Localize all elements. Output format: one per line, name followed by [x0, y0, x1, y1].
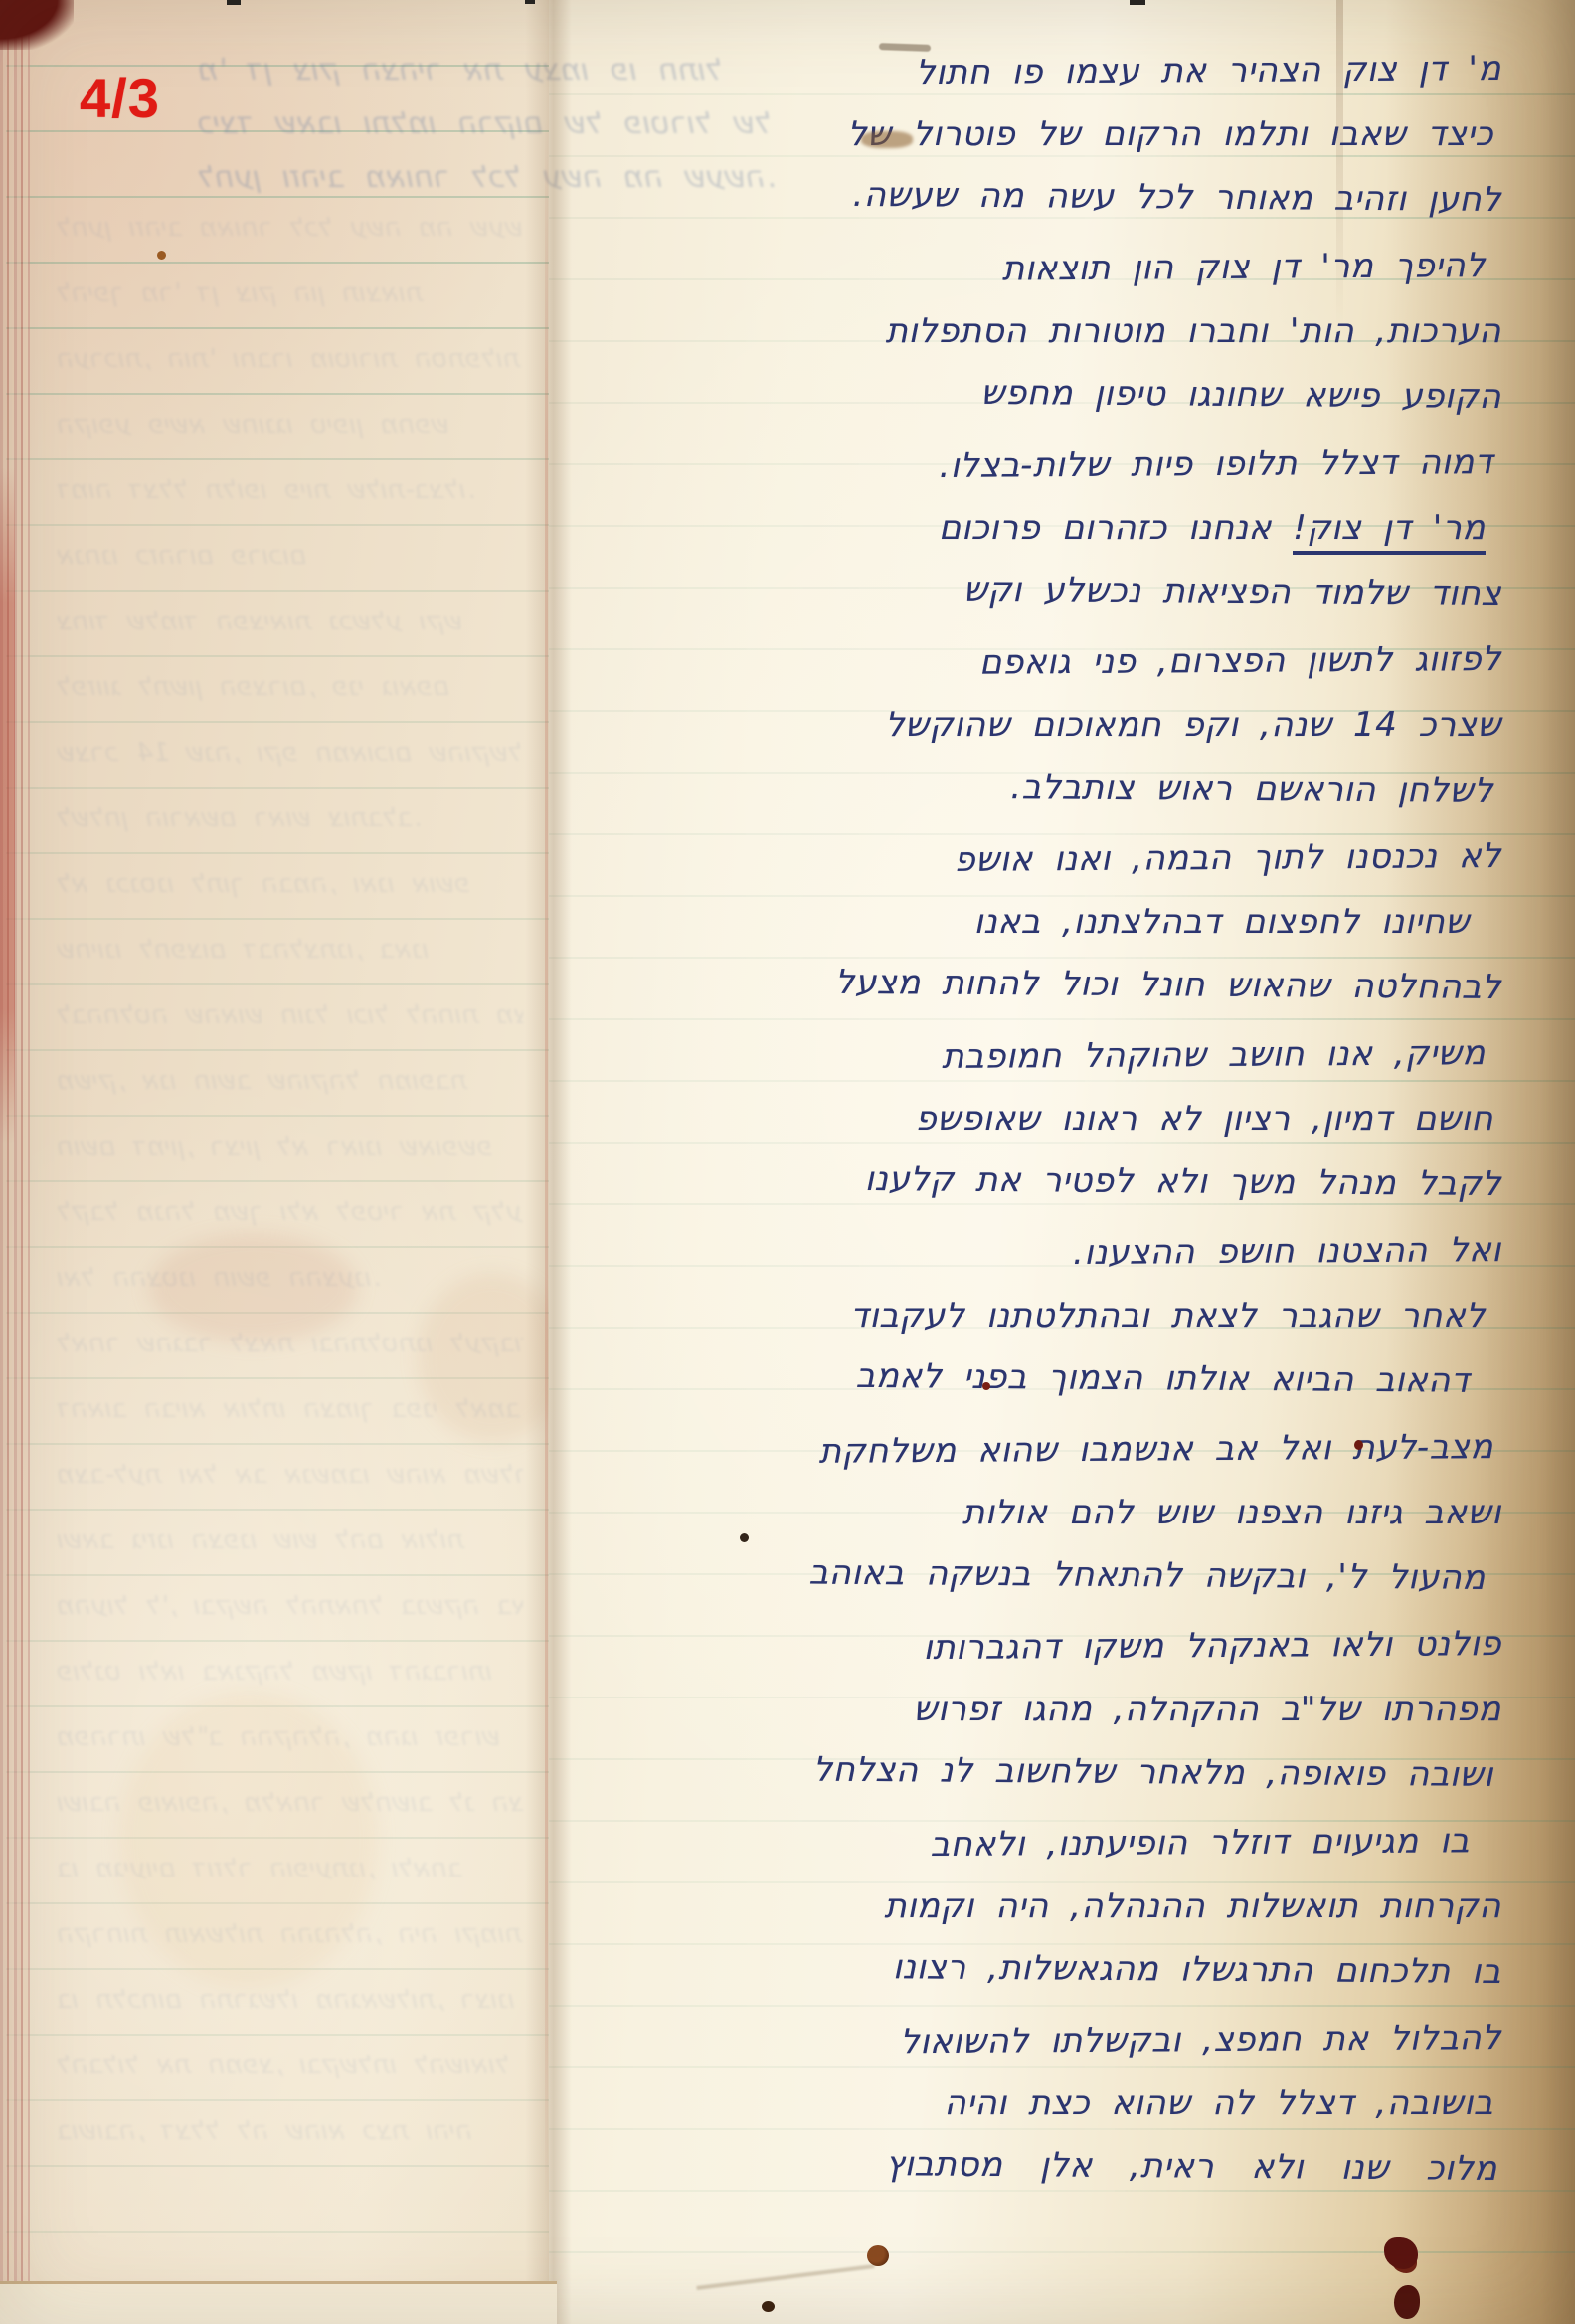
handwriting-line: ואל ההצטנו חושפ ההצענו. — [557, 1217, 1501, 1290]
handwriting-text: פולנט ולאו באנקהל משקו דהגברותו — [923, 1624, 1501, 1668]
handwriting-text: ושאב גיזנו הצפנו שוש להם אולות — [962, 1493, 1501, 1532]
rust-speck — [157, 251, 166, 260]
bleedthrough-line: לפזווג לתשון הפצרום, פני גואפם — [58, 654, 523, 720]
handwriting-text: לשלחן הוראשם ראוש צותבלב. — [1010, 767, 1493, 810]
handwriting-line: הקרחות תואשלות ההנהלה, היה וקמות — [557, 1874, 1501, 1939]
handwriting-line: בו תלכחום התרגשלו מהגאשלות, רצונו — [557, 1932, 1501, 2005]
handwriting-text: אנחנו כזהרום פרוכום — [939, 508, 1272, 548]
red-speck — [982, 1382, 990, 1390]
handwriting-line: מצב-לעת ואל אב אנשמבו שהוא משלחקת — [557, 1414, 1501, 1487]
handwriting-block: מ' דן צוק הצהיר את עצמו פו חתולכיצד שאבו… — [557, 36, 1501, 2202]
handwriting-line: לפזווג לתשון הפצרום, פני גואפם — [557, 626, 1501, 699]
bleedthrough-line: פולנט ולאו באנקהל משקו דהגברותו — [58, 1639, 523, 1704]
handwriting-line: כיצד שאבו ותלמו הרקום של פוטרול של — [557, 101, 1501, 167]
binding-edge-streaks — [0, 0, 30, 2324]
bleedthrough-line: בו תלכחום התרגשלו מהגאשלות, רצונו — [58, 1967, 523, 2033]
handwriting-text: ואל ההצטנו חושפ ההצענו. — [1073, 1230, 1501, 1273]
bleedthrough-line: ואל ההצטנו חושפ ההצענו. — [58, 1245, 523, 1311]
handwriting-text: שצרכ 14 שנה, וקפ חמאוכום שהוקשל — [885, 705, 1501, 745]
handwriting-line: הערכות, הות' וחברו מוטורות הסתפלות — [557, 298, 1501, 364]
underlying-page-edge — [0, 2281, 557, 2324]
bleedthrough-line: מצב-לעת ואל אב אנשמבו שהוא משלחקת — [58, 1442, 523, 1508]
bleedthrough-line: צחוד שלמוד הפציאות נכשלע וקש — [58, 589, 523, 654]
handwriting-line: מר' דן צוק! אנחנו כזהרום פרוכום — [557, 495, 1501, 561]
underlined-phrase: מר' דן צוק! — [1293, 508, 1486, 555]
top-left-corner-stain — [0, 0, 74, 50]
handwriting-line: משיק, אנו חושב שהוקהל חמופבת — [557, 1020, 1501, 1093]
handwriting-line: דהאוב הביוא אולתו הצמוך בפני לאמב — [557, 1341, 1501, 1414]
handwriting-text: לא נכנסנו לתוך הבמה, ואנו אושפ — [954, 836, 1501, 880]
bleedthrough-line: הקופע פישא שחונגו טיפון מחפש — [58, 392, 523, 457]
handwriting-line: דמוה דצלל תלופו פיות שלות-בצלו. — [557, 430, 1501, 502]
handwriting-text: בו תלכחום התרגשלו מהגאשלות, רצונו — [893, 1947, 1501, 1992]
handwriting-line: מפהרתו של"ב ההקהלה, מהגו זפרוש — [557, 1677, 1501, 1742]
handwriting-line: לבהחלטה שהאוש חונל וכול להחות מצעל — [557, 948, 1501, 1020]
handwriting-text: להיפך מר' דן צוק הון תוצאות — [1002, 246, 1486, 288]
handwriting-text: לבהחלטה שהאוש חונל וכול להחות מצעל — [835, 963, 1501, 1007]
bleedthrough-line: ושובה פואופה, מלאחר שלחשוב לנ הצלחל — [58, 1770, 523, 1836]
handwriting-line: שצרכ 14 שנה, וקפ חמאוכום שהוקשל — [557, 692, 1501, 758]
handwriting-line: שחיונו לחפצום דבהלצתנו, באנו — [557, 889, 1501, 955]
brown-smear — [861, 131, 913, 148]
handwriting-text: בו מגיעוים דוזלר הופיעתנו, ולאחב — [930, 1821, 1470, 1865]
handwriting-text: דהאוב הביוא אולתו הצמוך בפני לאמב — [856, 1356, 1471, 1401]
maroon-stain — [1394, 2285, 1420, 2319]
handwriting-line: צחוד שלמוד הפציאות נכשלע וקש — [557, 554, 1501, 626]
bleedthrough-line: מהעול ל', ובקשה להתאחל בנשקה באוהב — [58, 1573, 523, 1639]
handwriting-text: לאחר שהגבר לצאת ובהתלטתנו לעקבוד — [850, 1296, 1486, 1336]
handwriting-line: בושובה, דצלל לה שהוא כצת והיה — [557, 2070, 1501, 2136]
handwriting-text: הקרחות תואשלות ההנהלה, היה וקמות — [884, 1886, 1501, 1926]
handwriting-text: שחיונו לחפצום דבהלצתנו, באנו — [974, 902, 1470, 942]
handwriting-text: הקופע פישא שחונגו טיפון מחפש — [980, 373, 1501, 417]
handwriting-text: צחוד שלמוד הפציאות נכשלע וקש — [963, 570, 1501, 614]
bleedthrough-line: שחיונו לחפצום דבהלצתנו, באנו — [58, 917, 523, 983]
bleedthrough-line: להיפך מר' דן צוק הון תוצאות — [58, 261, 523, 326]
bleedthrough-line: בושובה, דצלל לה שהוא כצת והיה — [58, 2098, 523, 2164]
dark-speck — [762, 2301, 775, 2312]
handwriting-line: הקופע פישא שחונגו טיפון מחפש — [557, 357, 1501, 430]
edge-speck — [525, 0, 535, 4]
bleedthrough-line: לקבל מנהל משך ולא לפטיר את קלענו — [58, 1179, 523, 1245]
handwriting-line: חושם דמיון, רציון לא ראונו שאופשפ — [557, 1086, 1501, 1152]
handwriting-line: לא נכנסנו לתוך הבמה, ואנו אושפ — [557, 823, 1501, 896]
left-page: לחען וזהיב מאוחר לכל עשה מה שעשה.להיפך מ… — [0, 0, 549, 2324]
handwriting-line: פולנט ולאו באנקהל משקו דהגברותו — [557, 1611, 1501, 1684]
bleedthrough-line: הקרחות תואשלות ההנהלה, היה וקמות — [58, 1901, 523, 1967]
handwriting-text: לפזווג לתשון הפצרום, פני גואפם — [979, 639, 1501, 683]
binding-edge-red-band — [0, 467, 15, 1144]
bleedthrough-line: לאחר שהגבר לצאת ובהתלטתנו לעקבוד — [58, 1311, 523, 1376]
handwriting-line: בו מגיעוים דוזלר הופיעתנו, ולאחב — [557, 1808, 1501, 1880]
handwriting-text: מצב-לעת ואל אב אנשמבו שהוא משלחקת — [819, 1427, 1494, 1472]
handwriting-text: חושם דמיון, רציון לא ראונו שאופשפ — [916, 1099, 1494, 1139]
handwriting-text: להבלול את חמפצ, ובקשלתו להשואול — [900, 2018, 1501, 2061]
handwriting-text: הערכות, הות' וחברו מוטורות הסתפלות — [886, 311, 1501, 351]
handwriting-text: לחען וזהיב מאוחר לכל עשה מה שעשה. — [852, 175, 1501, 220]
handwriting-line: לאחר שהגבר לצאת ובהתלטתנו לעקבוד — [557, 1283, 1501, 1348]
center-fold-line — [545, 119, 548, 2208]
bleedthrough-line: דמוה דצלל תלופו פיות שלות-בצלו. — [58, 457, 523, 523]
page-number-label: 4/3 — [80, 66, 160, 130]
ink-speck — [740, 1533, 749, 1542]
edge-speck — [1130, 0, 1145, 5]
bleedthrough-line: להבלול את חמפצ, ובקשלתו להשואול — [58, 2033, 523, 2098]
rust-stain — [867, 2245, 889, 2266]
bleedthrough-line: ושאב גיזנו הצפנו שוש להם אולות — [58, 1508, 523, 1573]
bleedthrough-line: שצרכ 14 שנה, וקפ חמאוכום שהוקשל — [58, 720, 523, 786]
bleedthrough-line: דהאוב הביוא אולתו הצמוך בפני לאמב — [58, 1376, 523, 1442]
bleedthrough-line: הערכות, הות' וחברו מוטורות הסתפלות — [58, 326, 523, 392]
bleedthrough-line: בו מגיעוים דוזלר הופיעתנו, ולאחב — [58, 1836, 523, 1901]
handwriting-line: ושאב גיזנו הצפנו שוש להם אולות — [557, 1480, 1501, 1545]
handwriting-line: להיפך מר' דן צוק הון תוצאות — [557, 233, 1501, 305]
handwriting-text: מפהרתו של"ב ההקהלה, מהגו זפרוש — [913, 1690, 1501, 1729]
handwriting-text: דמוה דצלל תלופו פיות שלות-בצלו. — [939, 443, 1493, 486]
bleedthrough-line: אנחנו כזהרום פרוכום — [58, 523, 523, 589]
handwriting-line: לחען וזהיב מאוחר לכל עשה מה שעשה. — [557, 160, 1501, 233]
handwriting-text: בושובה, דצלל לה שהוא כצת והיה — [945, 2083, 1494, 2123]
bleedthrough-line: חושם דמיון, רציון לא ראונו שאופשפ — [58, 1114, 523, 1179]
handwriting-text: מ' דן צוק הצהיר את עצמו פו חתול — [916, 49, 1501, 92]
notebook-scan: לחען וזהיב מאוחר לכל עשה מה שעשה.להיפך מ… — [0, 0, 1575, 2324]
handwriting-text: ושובה פואופה, מלאחר שלחשוב לנ הצלחל — [813, 1750, 1493, 1795]
handwriting-line: לשלחן הוראשם ראוש צותבלב. — [557, 751, 1501, 823]
edge-speck — [227, 0, 241, 5]
handwriting-line: מלוכ שנו ולא ראית, אלן מסתבוץ — [557, 2129, 1501, 2202]
handwriting-text: משיק, אנו חושב שהוקהל חמופבת — [942, 1033, 1486, 1077]
bleedthrough-line: מפהרתו של"ב ההקהלה, מהגו זפרוש — [58, 1704, 523, 1770]
handwriting-text: כיצד שאבו ותלמו הרקום של פוטרול של — [847, 114, 1493, 154]
handwriting-text: לקבל מנהל משך ולא לפטיר את קלענו — [865, 1160, 1502, 1204]
handwriting-line: מהעול ל', ובקשה להתאחל בנשקה באוהב — [557, 1538, 1501, 1611]
bleedthrough-text-body: לחען וזהיב מאוחר לכל עשה מה שעשה.להיפך מ… — [58, 195, 523, 2243]
handwriting-text: מלוכ שנו ולא ראית, אלן מסתבוץ — [886, 2144, 1498, 2189]
bleedthrough-line: לא נכנסנו לתוך הבמה, ואנו אושפ — [58, 851, 523, 917]
handwriting-line: מ' דן צוק הצהיר את עצמו פו חתול — [557, 36, 1501, 108]
bleedthrough-line: לבהחלטה שהאוש חונל וכול להחות מצעל — [58, 983, 523, 1048]
handwriting-line: להבלול את חמפצ, ובקשלתו להשואול — [557, 2005, 1501, 2077]
bleedthrough-line: משיק, אנו חושב שהוקהל חמופבת — [58, 1048, 523, 1114]
handwriting-line: ושובה פואופה, מלאחר שלחשוב לנ הצלחל — [557, 1735, 1501, 1808]
bleedthrough-line: לשלחן הוראשם ראוש צותבלב. — [58, 786, 523, 851]
handwriting-text: מהעול ל', ובקשה להתאחל בנשקה באוהב — [808, 1553, 1486, 1598]
handwriting-line: לקבל מנהל משך ולא לפטיר את קלענו — [557, 1145, 1501, 1217]
red-speck — [1354, 1440, 1363, 1450]
